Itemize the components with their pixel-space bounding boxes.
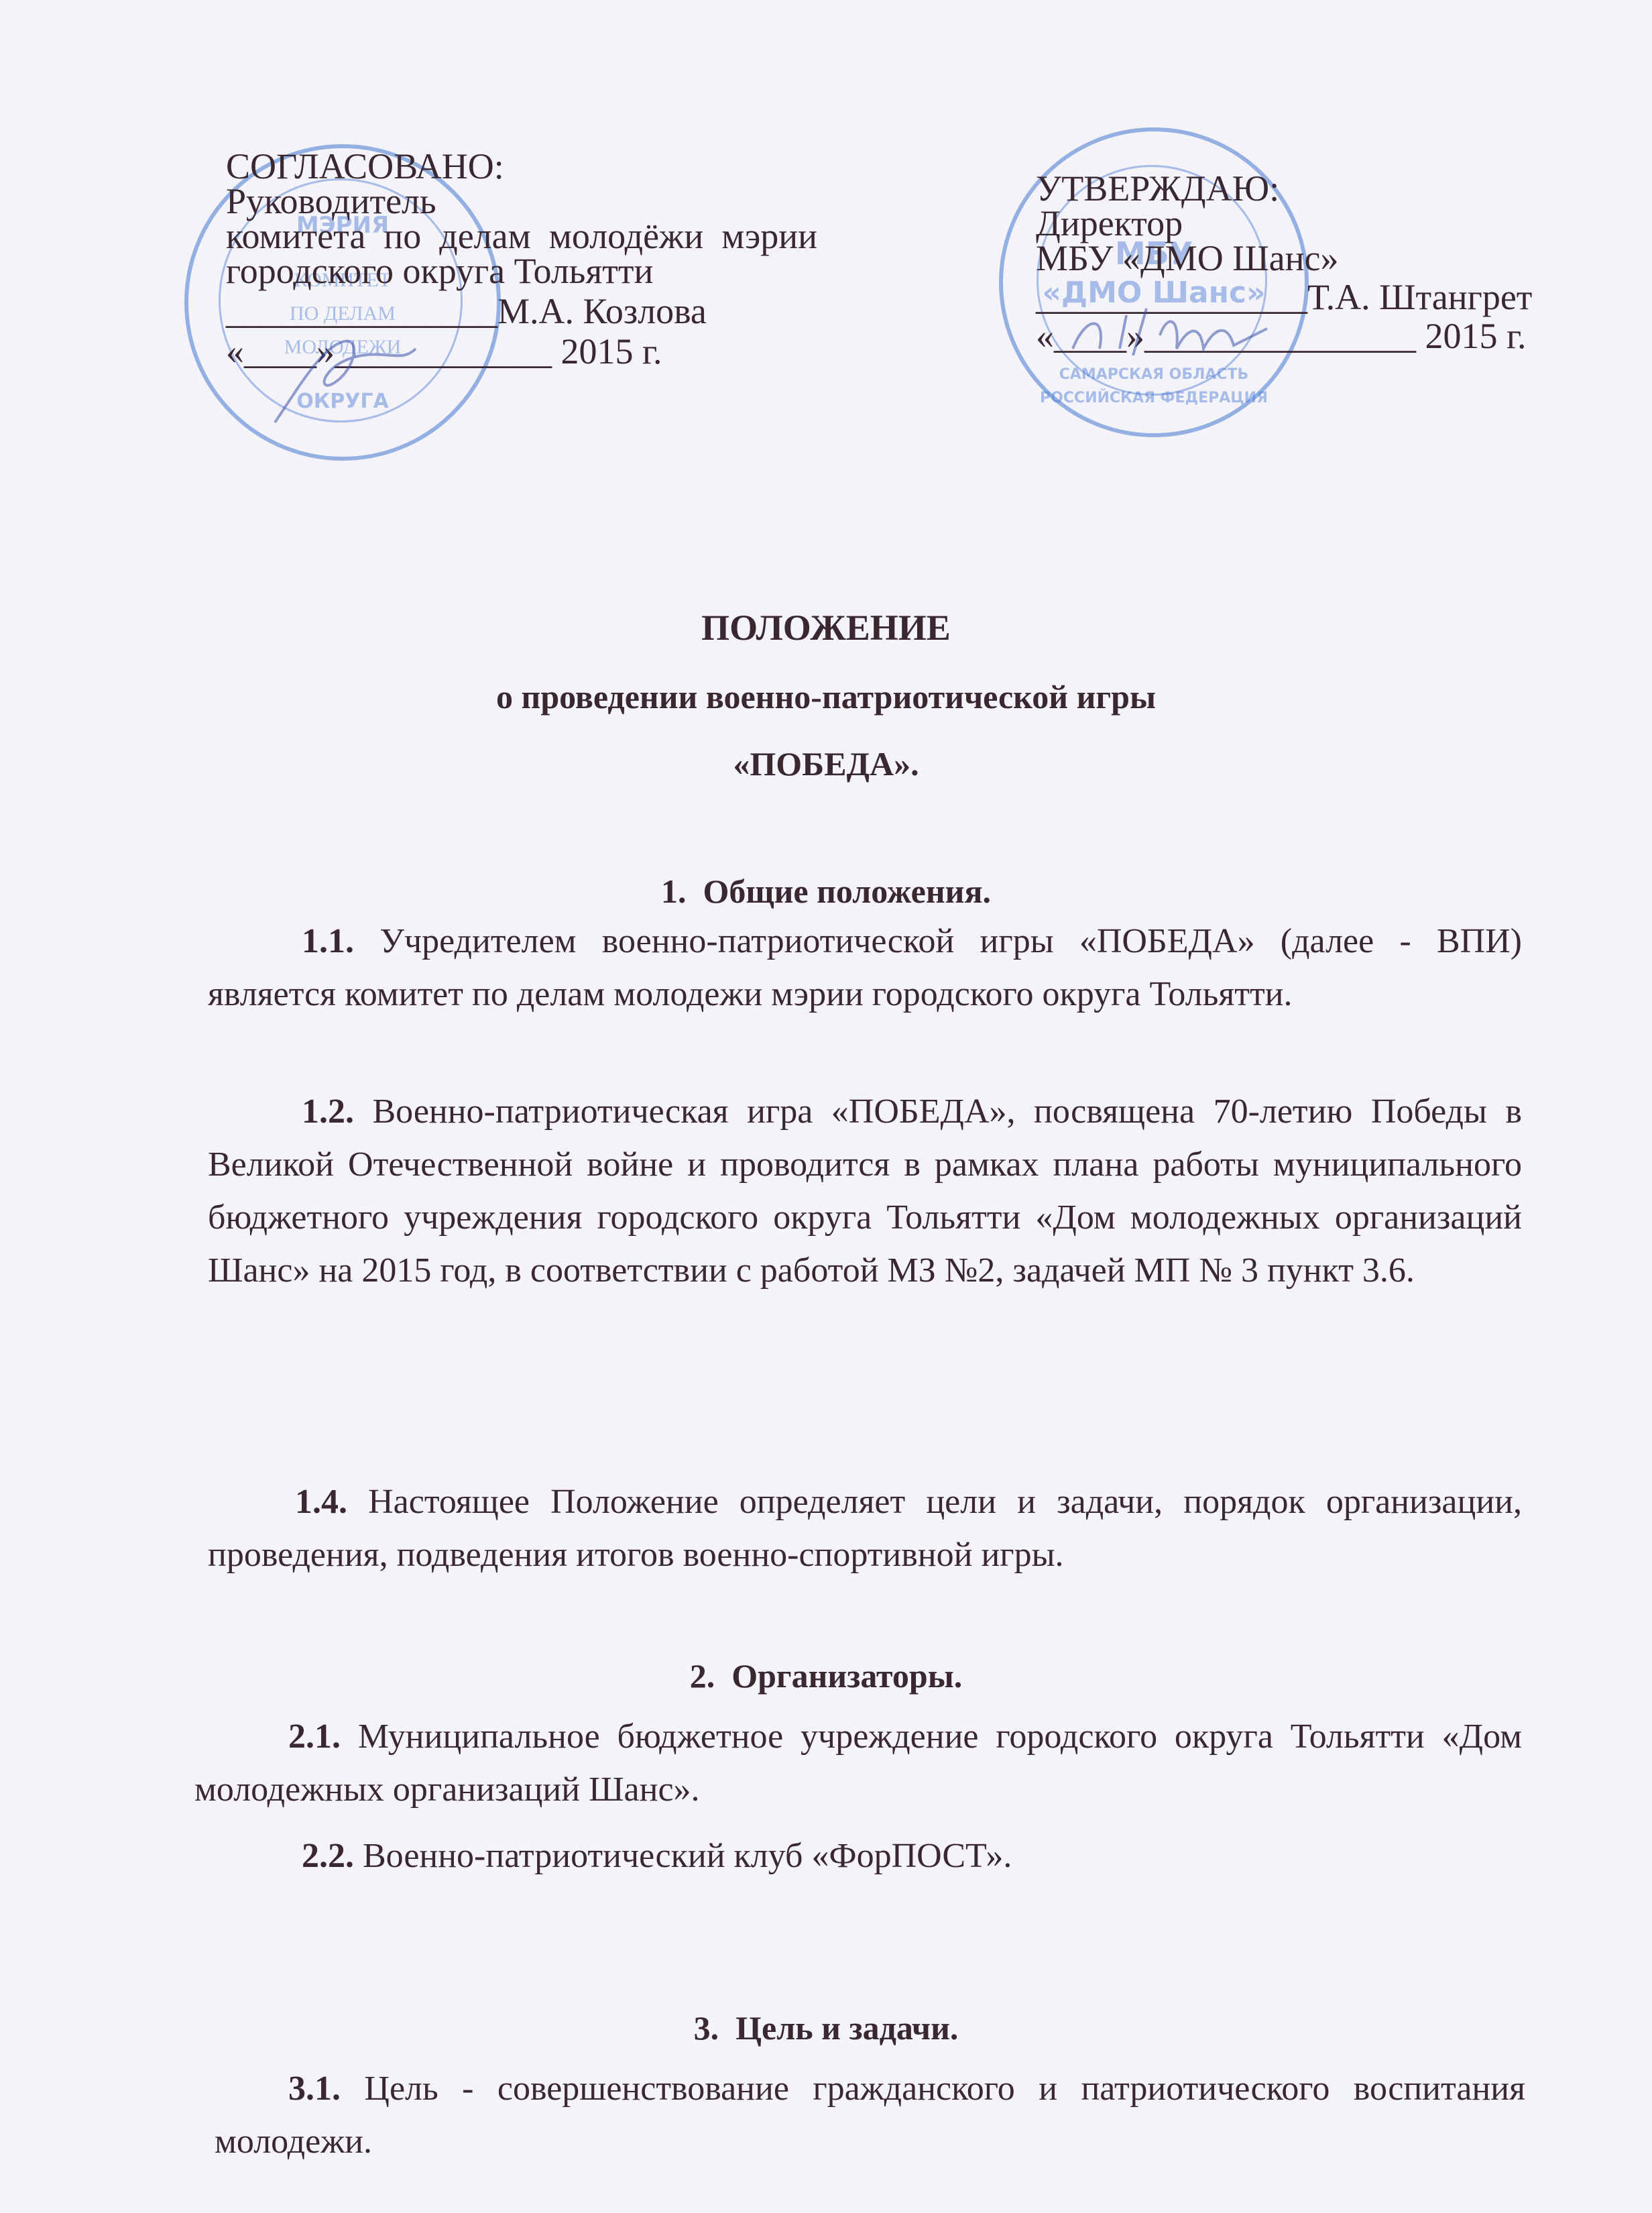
- signature-right-icon: [1066, 288, 1281, 369]
- paragraph-2-1: 2.1. Муниципальное бюджетное учреждение …: [194, 1710, 1522, 1816]
- approval-organization: МБУ «ДМО Шанс»: [1036, 241, 1532, 276]
- paragraph-1-4: 1.4. Настоящее Положение определяет цели…: [208, 1475, 1522, 1581]
- paragraph-3-1: 3.1. Цель - совершенствование гражданско…: [215, 2062, 1525, 2168]
- approval-heading-approved: УТВЕРЖДАЮ:: [1036, 171, 1532, 206]
- paragraph-number: 1.2.: [302, 1092, 354, 1131]
- paragraph-number: 1.4.: [295, 1483, 347, 1521]
- paragraph-text: Военно-патриотическая игра «ПОБЕДА», пос…: [208, 1092, 1522, 1290]
- paragraph-number: 1.1.: [302, 922, 354, 960]
- paragraph-1-2: 1.2. Военно-патриотическая игра «ПОБЕДА»…: [208, 1085, 1522, 1297]
- paragraph-number: 2.1.: [288, 1717, 341, 1756]
- paragraph-2-2: 2.2. Военно-патриотический клуб «ФорПОСТ…: [208, 1829, 1522, 1882]
- approval-organization: комитета по делам молодёжи мэрии: [226, 219, 817, 253]
- paragraph-number: 3.1.: [288, 2069, 341, 2108]
- paragraph-text: Цель - совершенствование гражданского и …: [215, 2069, 1525, 2161]
- approval-position: Руководитель: [226, 184, 817, 219]
- paragraph-text: Военно-патриотический клуб «ФорПОСТ».: [354, 1837, 1012, 1875]
- approval-position: Директор: [1036, 206, 1532, 241]
- section-heading-general: 1. Общие положения.: [0, 872, 1652, 911]
- paragraph-text: Учредителем военно-патриотической игры «…: [208, 922, 1522, 1013]
- signature-left-icon: [261, 308, 422, 429]
- document-game-name: «ПОБЕДА».: [0, 744, 1652, 783]
- approval-heading-agreed: СОГЛАСОВАНО:: [226, 149, 817, 184]
- document-title: ПОЛОЖЕНИЕ: [0, 607, 1652, 648]
- section-heading-goals: 3. Цель и задачи.: [0, 2008, 1652, 2047]
- document-subtitle: о проведении военно-патриотической игры: [0, 677, 1652, 716]
- approval-organization-city: городского округа Тольятти: [226, 253, 817, 288]
- paragraph-text: Муниципальное бюджетное учреждение город…: [194, 1717, 1522, 1809]
- paragraph-number: 2.2.: [302, 1837, 354, 1875]
- paragraph-text: Настоящее Положение определяет цели и за…: [208, 1483, 1522, 1574]
- paragraph-1-1: 1.1. Учредителем военно-патриотической и…: [208, 915, 1522, 1021]
- section-heading-organizers: 2. Организаторы.: [0, 1656, 1652, 1695]
